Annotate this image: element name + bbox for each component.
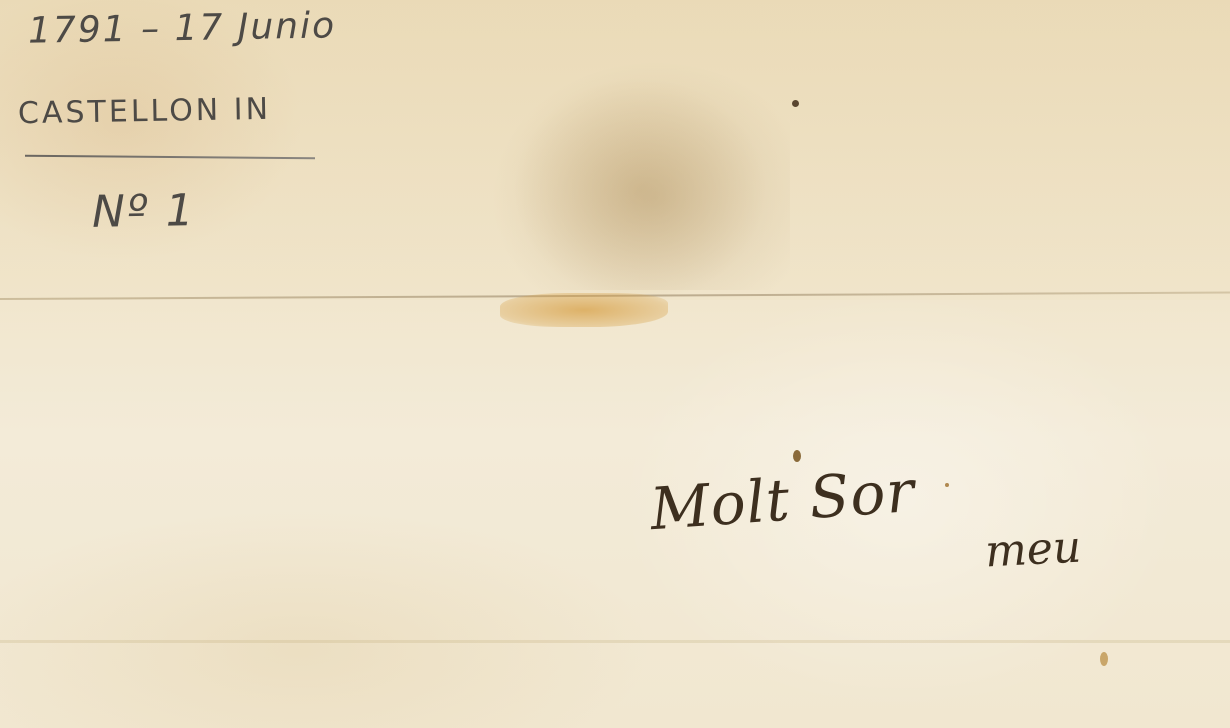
letter-cover: 1791 – 17 Junio CASTELLON IN Nº 1 Molt S… xyxy=(0,0,1230,728)
ink-speck xyxy=(793,450,801,462)
ink-speck xyxy=(945,483,949,487)
pencil-place-annotation: CASTELLON IN xyxy=(18,92,272,131)
ink-speck xyxy=(792,100,799,107)
ink-address-line1: Molt Sor xyxy=(648,457,917,543)
lower-fold-line xyxy=(0,640,1230,643)
ink-speck xyxy=(1100,652,1108,666)
pencil-number-annotation: Nº 1 xyxy=(92,185,197,238)
pencil-date-annotation: 1791 – 17 Junio xyxy=(28,5,337,51)
ink-address-line2: meu xyxy=(984,522,1083,578)
seal-stain xyxy=(490,60,790,290)
wax-residue xyxy=(500,293,668,327)
